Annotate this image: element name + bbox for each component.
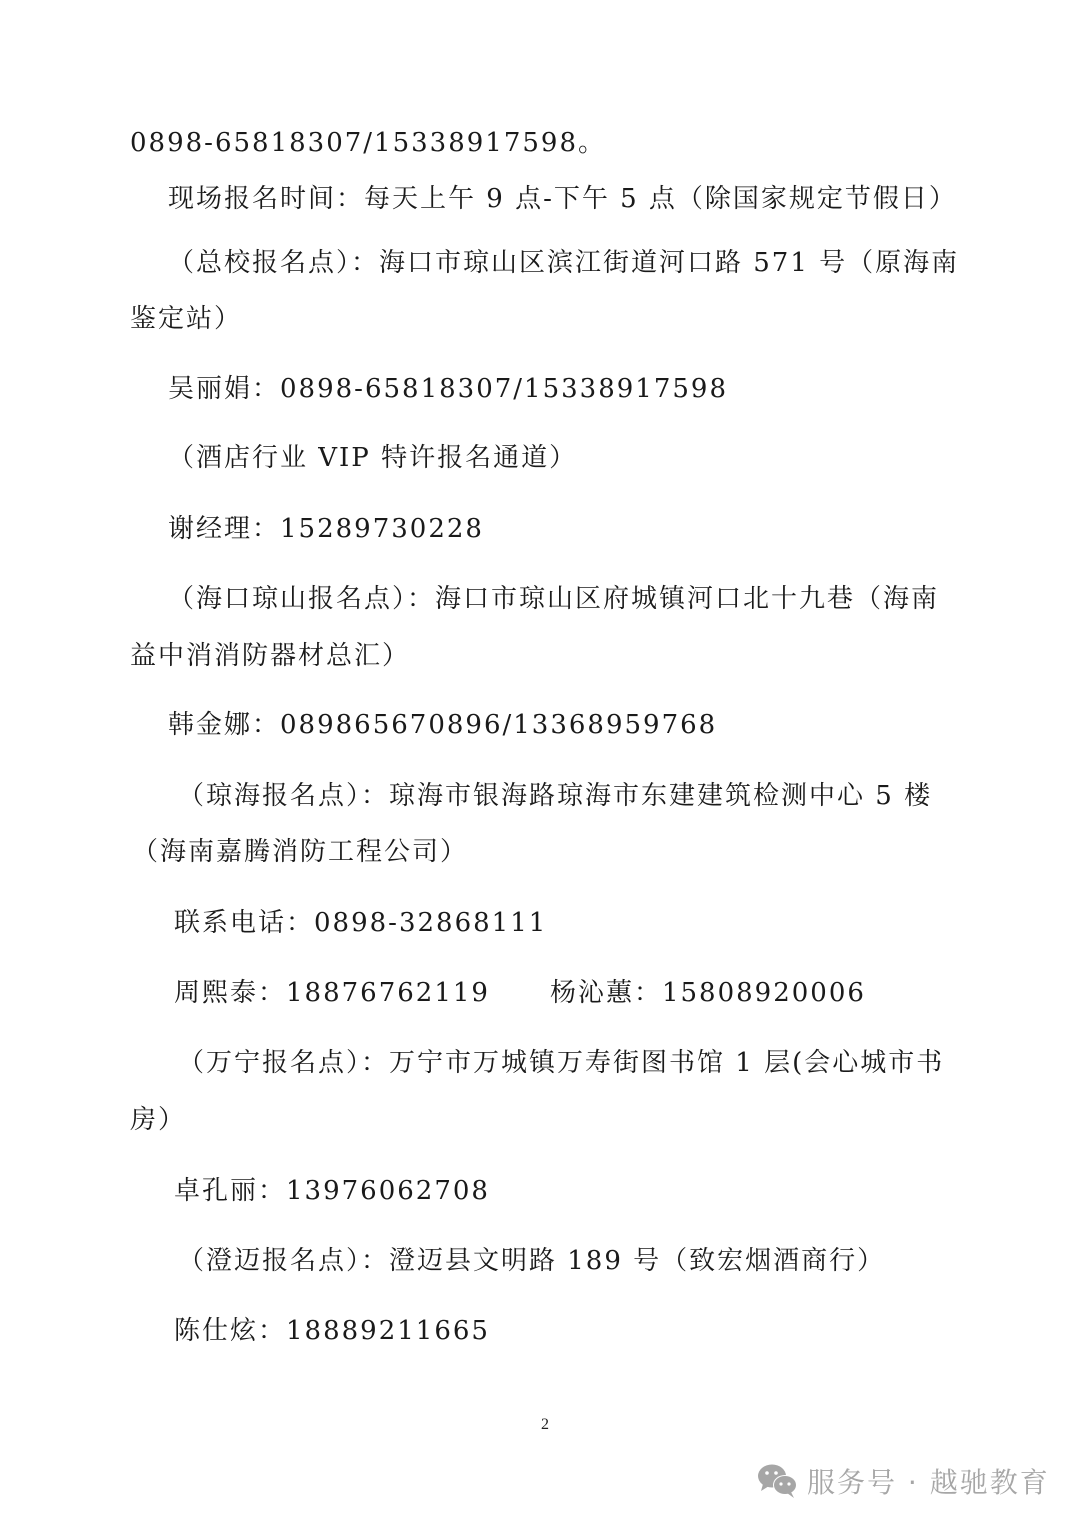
haikou-qiongshan-address-cont: 益中消消防器材总汇） (130, 639, 410, 673)
contact-han-jinna: 韩金娜：089865670896/13368959768 (168, 708, 717, 742)
qionghai-address: （琼海报名点）：琼海市银海路琼海市东建建筑检测中心 5 楼 (178, 779, 932, 813)
hotel-vip-channel: （酒店行业 VIP 特许报名通道） (168, 441, 577, 475)
phone-continuation: 0898-65818307/15338917598。 (130, 126, 606, 160)
wanning-address-cont: 房） (130, 1103, 186, 1137)
haikou-qiongshan-address: （海口琼山报名点）：海口市琼山区府城镇河口北十九巷（海南 (168, 582, 939, 616)
contact-pair-row: 周熙泰：18876762119杨沁蕙：15808920006 (174, 976, 866, 1010)
contact-phone-qionghai: 联系电话：0898-32868111 (174, 906, 547, 940)
contact-zhuo-kongli: 卓孔丽：13976062708 (174, 1174, 490, 1208)
contact-manager-xie: 谢经理：15289730228 (168, 512, 484, 546)
contact-wu-lijuan: 吴丽娟：0898-65818307/15338917598 (168, 372, 728, 406)
contact-chen-shixuan: 陈仕炫：18889211665 (174, 1314, 490, 1348)
watermark: 服务号 · 越驰教育 (757, 1461, 1050, 1501)
main-campus-address-cont: 鉴定站） (130, 302, 242, 336)
contact-zhou-xitai: 周熙泰：18876762119 (174, 978, 490, 1008)
wanning-address: （万宁报名点）：万宁市万城镇万寿街图书馆 1 层(会心城市书 (178, 1046, 944, 1080)
main-campus-address: （总校报名点）：海口市琼山区滨江街道河口路 571 号（原海南 (168, 246, 959, 280)
chengmai-address: （澄迈报名点）：澄迈县文明路 189 号（致宏烟酒商行） (178, 1244, 885, 1278)
wechat-icon (757, 1463, 799, 1499)
contact-yang-qinhui: 杨沁蕙：15808920006 (550, 978, 866, 1008)
onsite-registration-hours: 现场报名时间：每天上午 9 点-下午 5 点（除国家规定节假日） (168, 182, 957, 216)
page-number: 2 (541, 1416, 549, 1434)
document-page: 0898-65818307/15338917598。 现场报名时间：每天上午 9… (0, 0, 1080, 1527)
watermark-text: 服务号 · 越驰教育 (807, 1461, 1050, 1501)
qionghai-address-cont: （海南嘉腾消防工程公司） (132, 835, 468, 869)
